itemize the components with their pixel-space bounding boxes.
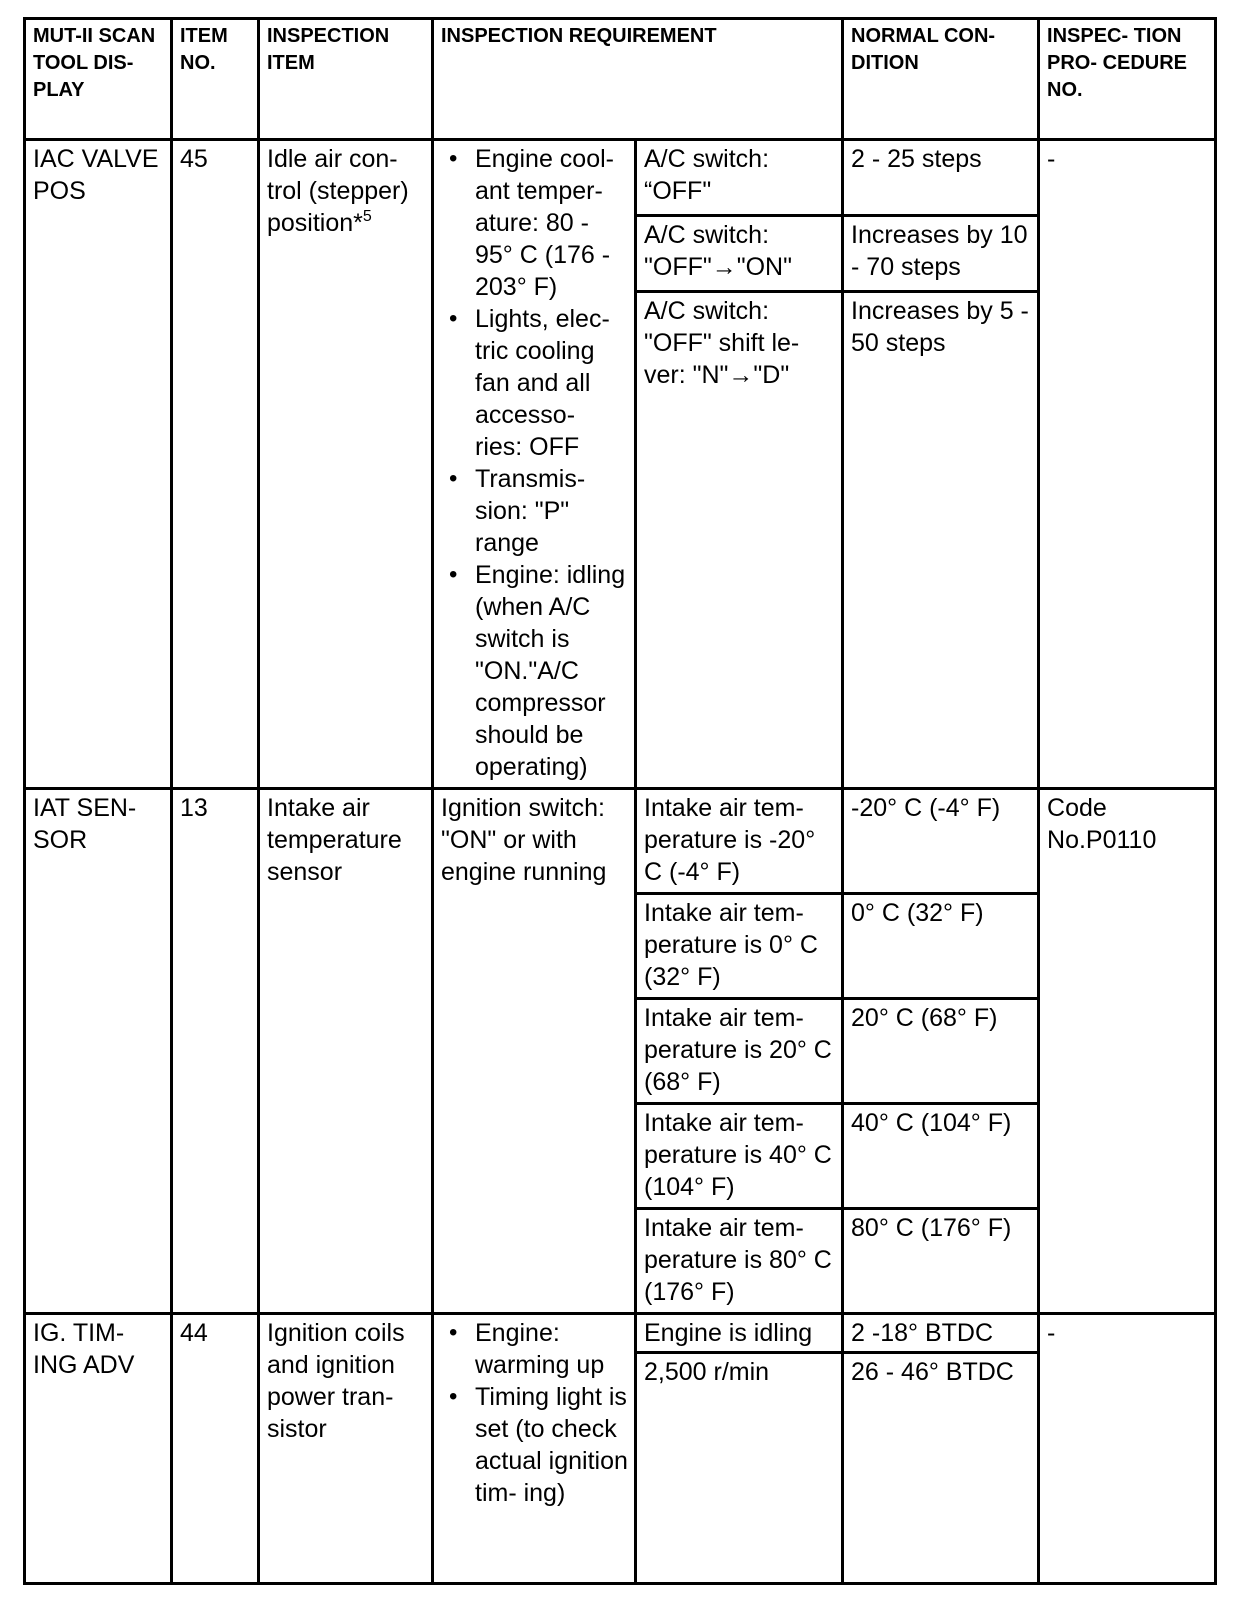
procedure-no-cell: Code No.P0110	[1039, 789, 1216, 1314]
condition-requirement-cell: 2,500 r/min	[636, 1353, 843, 1584]
normal-condition-cell: Increases by 10 - 70 steps	[843, 216, 1039, 292]
header-item-no: ITEM NO.	[172, 19, 259, 140]
list-item: Engine: warming up	[441, 1317, 628, 1381]
header-inspection-requirement: INSPECTION REQUIREMENT	[433, 19, 843, 140]
table-row: IAT SEN- SOR 13 Intake air temperature s…	[25, 789, 1216, 894]
normal-condition-cell: Increases by 5 - 50 steps	[843, 292, 1039, 789]
inspection-spec-table: MUT-II SCAN TOOL DIS- PLAY ITEM NO. INSP…	[23, 17, 1217, 1585]
condition-requirement-cell: Engine is idling	[636, 1314, 843, 1353]
table-row: IAC VALVE POS 45 Idle air con- trol (ste…	[25, 140, 1216, 216]
list-item: Lights, elec- tric cooling fan and all a…	[441, 303, 628, 463]
condition-requirement-cell: Intake air tem- perature is 0° C (32° F)	[636, 894, 843, 999]
condition-requirement-cell: A/C switch: “OFF"	[636, 140, 843, 216]
inspection-item-cell: Idle air con- trol (stepper) position*5	[259, 140, 433, 789]
normal-condition-cell: 2 -18° BTDC	[843, 1314, 1039, 1353]
list-item: Engine cool- ant temper- ature: 80 - 95°…	[441, 143, 628, 303]
scan-display-cell: IAT SEN- SOR	[25, 789, 172, 1314]
condition-requirement-cell: Intake air tem- perature is 80° C (176° …	[636, 1209, 843, 1314]
scan-display-cell: IAC VALVE POS	[25, 140, 172, 789]
normal-condition-cell: 2 - 25 steps	[843, 140, 1039, 216]
inspection-item-cell: Intake air temperature sensor	[259, 789, 433, 1314]
normal-condition-cell: 40° C (104° F)	[843, 1104, 1039, 1209]
header-normal-condition: NORMAL CON- DITION	[843, 19, 1039, 140]
list-item: Timing light is set (to check actual ign…	[441, 1381, 628, 1509]
requirement-list-cell: Engine cool- ant temper- ature: 80 - 95°…	[433, 140, 636, 789]
procedure-no-cell: -	[1039, 140, 1216, 789]
procedure-no-cell: -	[1039, 1314, 1216, 1584]
condition-requirement-cell: Intake air tem- perature is 40° C (104° …	[636, 1104, 843, 1209]
list-item: Engine: idling (when A/C switch is "ON."…	[441, 559, 628, 783]
table-row: IG. TIM- ING ADV 44 Ignition coils and i…	[25, 1314, 1216, 1353]
condition-requirement-cell: Intake air tem- perature is -20° C (-4° …	[636, 789, 843, 894]
header-procedure-no: INSPEC- TION PRO- CEDURE NO.	[1039, 19, 1216, 140]
table-header-row: MUT-II SCAN TOOL DIS- PLAY ITEM NO. INSP…	[25, 19, 1216, 140]
normal-condition-cell: 80° C (176° F)	[843, 1209, 1039, 1314]
item-no-cell: 44	[172, 1314, 259, 1584]
item-no-cell: 45	[172, 140, 259, 789]
header-inspection-item: INSPECTION ITEM	[259, 19, 433, 140]
requirement-text-cell: Ignition switch: "ON" or with engine run…	[433, 789, 636, 1314]
scan-display-cell: IG. TIM- ING ADV	[25, 1314, 172, 1584]
inspection-item-text: Idle air con- trol (stepper) position*	[267, 145, 409, 237]
condition-requirement-cell: A/C switch: "OFF" shift le- ver: "N"→"D"	[636, 292, 843, 789]
requirement-list-cell: Engine: warming up Timing light is set (…	[433, 1314, 636, 1584]
footnote-marker: 5	[363, 208, 372, 225]
normal-condition-cell: 26 - 46° BTDC	[843, 1353, 1039, 1584]
condition-requirement-cell: Intake air tem- perature is 20° C (68° F…	[636, 999, 843, 1104]
normal-condition-cell: 20° C (68° F)	[843, 999, 1039, 1104]
normal-condition-cell: -20° C (-4° F)	[843, 789, 1039, 894]
requirement-list: Engine cool- ant temper- ature: 80 - 95°…	[441, 143, 628, 783]
requirement-list: Engine: warming up Timing light is set (…	[441, 1317, 628, 1509]
item-no-cell: 13	[172, 789, 259, 1314]
list-item: Transmis- sion: "P" range	[441, 463, 628, 559]
normal-condition-cell: 0° C (32° F)	[843, 894, 1039, 999]
header-scan-tool-display: MUT-II SCAN TOOL DIS- PLAY	[25, 19, 172, 140]
inspection-item-cell: Ignition coils and ignition power tran- …	[259, 1314, 433, 1584]
condition-requirement-cell: A/C switch: "OFF"→"ON"	[636, 216, 843, 292]
